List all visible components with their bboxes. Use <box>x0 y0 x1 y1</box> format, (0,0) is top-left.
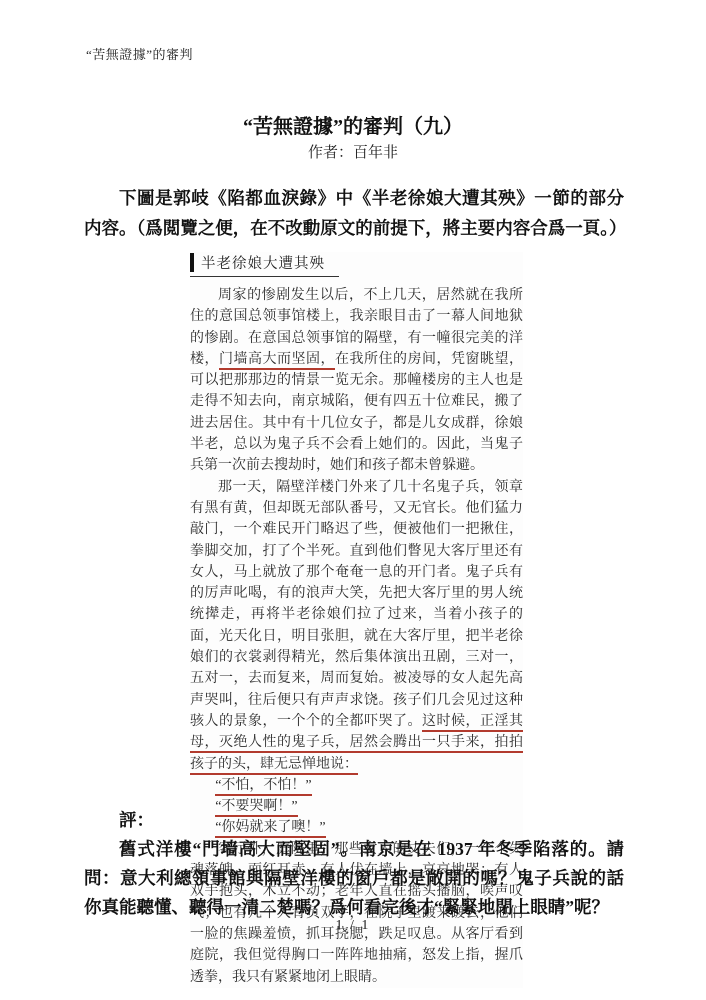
intro-paragraph: 下圖是郭岐《陷都血淚錄》中《半老徐娘大遭其殃》一節的部分内容。（爲閲覽之便，在不… <box>84 183 624 243</box>
excerpt-title: 半老徐娘大遭其殃 <box>201 252 325 273</box>
comment-label: 評： <box>84 806 624 835</box>
excerpt-quote-line: “不怕，不怕！” <box>190 775 523 796</box>
red-underlined-text: “不怕，不怕！” <box>215 778 311 796</box>
excerpt-paragraph: 那一天，隔壁洋楼门外来了几十名鬼子兵，领章有黑有黄，但却既无部队番号，又无官长。… <box>190 477 523 775</box>
author-line: 作者：百年非 <box>0 141 706 162</box>
excerpt-text-segment: 在我所住的房间，凭窗眺望，可以把那那边的情景一览无余。那幢楼房的主人也是走得不知… <box>190 352 523 473</box>
red-underlined-text: 门墙高大而坚固， <box>219 352 335 370</box>
excerpt-heading: 半老徐娘大遭其殃 <box>190 252 339 277</box>
page-number: 1 / 1 <box>0 918 706 934</box>
document-page: “苦無證據”的審判 “苦無證據”的審判（九） 作者：百年非 下圖是郭岐《陷都血淚… <box>0 0 706 1000</box>
comment-body: 舊式洋樓“門墙高大而堅固”。南京是在 1937 年冬季陷落的。請問：意大利總領事… <box>84 835 624 922</box>
excerpt-paragraph: 周家的惨剧发生以后，不上几天，居然就在我所住的意国总领事馆楼上，我亲眼目击了一幕… <box>190 285 523 477</box>
page-title: “苦無證據”的審判（九） <box>0 110 706 139</box>
heading-bar-icon <box>190 253 194 272</box>
comment-section: 評： 舊式洋樓“門墙高大而堅固”。南京是在 1937 年冬季陷落的。請問：意大利… <box>84 806 624 922</box>
excerpt-text-segment: 那一天，隔壁洋楼门外来了几十名鬼子兵，领章有黑有黄，但却既无部队番号，又无官长。… <box>190 480 523 729</box>
running-header: “苦無證據”的審判 <box>86 44 193 63</box>
